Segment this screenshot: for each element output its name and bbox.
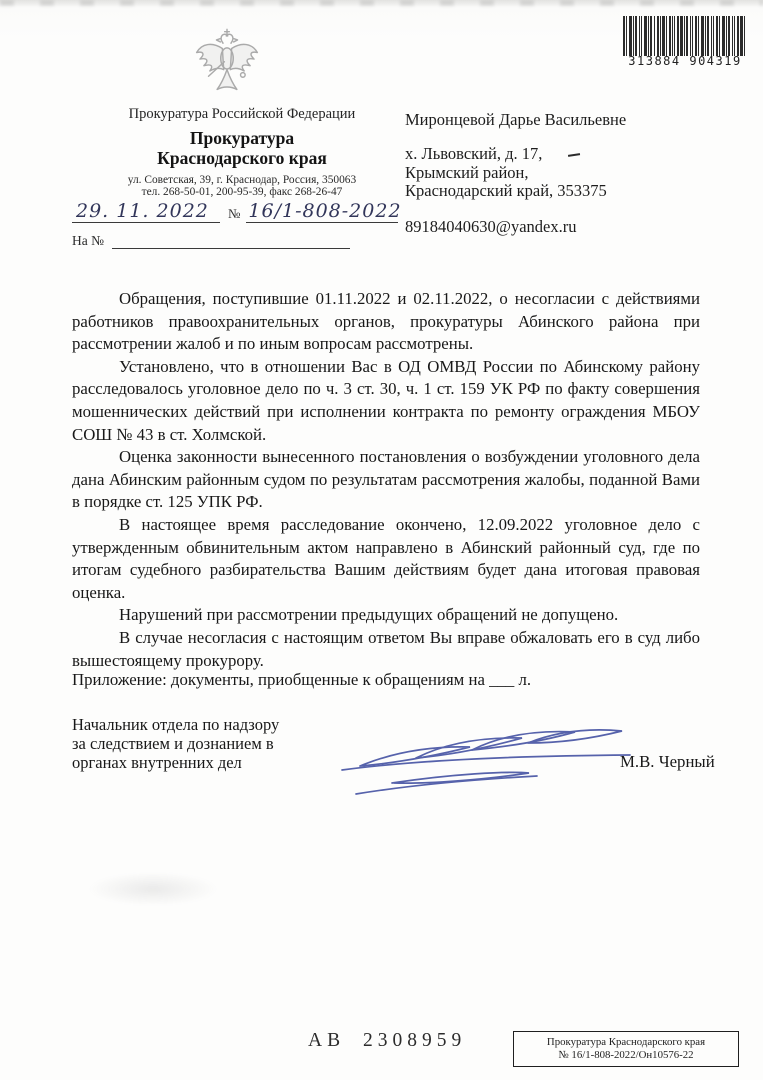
org-name-line2: Краснодарского края [72, 149, 412, 169]
paragraph: В случае несогласия с настоящим ответом … [72, 627, 700, 672]
signer-name: М.В. Черный [620, 752, 715, 772]
handwritten-number: 16/1-808-2022 [248, 200, 401, 222]
reference-row: На № [72, 233, 412, 249]
reference-blank-line [112, 235, 350, 249]
signer-title-line2: за следствием и дознанием в [72, 735, 362, 754]
number-sign-label: № [220, 206, 246, 223]
barcode: 313884 904319 [620, 16, 750, 74]
paragraph: Нарушений при рассмотрении предыдущих об… [72, 604, 700, 627]
paragraph: Обращения, поступившие 01.11.2022 и 02.1… [72, 288, 700, 356]
recipient-address-line3: Краснодарский край, 353375 [405, 182, 750, 201]
recipient-address-line2: Крымский район, [405, 164, 750, 183]
date-field: 29. 11. 2022 [72, 200, 220, 223]
signature-icon [332, 722, 634, 807]
barcode-icon [623, 16, 747, 56]
org-phone: тел. 268-50-01, 200-95-39, факс 268-26-4… [72, 186, 412, 198]
date-number-row: 29. 11. 2022 № 16/1-808-2022 [72, 200, 412, 223]
scan-smudge [88, 872, 218, 906]
attachment-line: Приложение: документы, приобщенные к обр… [72, 670, 700, 690]
org-address: ул. Советская, 39, г. Краснодар, Россия,… [72, 174, 412, 186]
registration-stamp: Прокуратура Краснодарского края № 16/1-8… [513, 1031, 739, 1067]
scan-artifact-top [0, 0, 763, 6]
signer-title-line1: Начальник отдела по надзору [72, 716, 362, 735]
reference-label: На № [72, 233, 104, 249]
handwritten-date: 29. 11. 2022 [76, 200, 209, 222]
strike-mark [568, 153, 580, 156]
org-name-line1: Прокуратура [72, 129, 412, 149]
recipient-address-line1: х. Львовский, д. 17, [405, 145, 750, 164]
form-serial-number: АВ 2308959 [308, 1030, 466, 1052]
recipient-block: Миронцевой Дарье Васильевне х. Львовский… [405, 110, 750, 237]
org-parent: Прокуратура Российской Федерации [72, 106, 412, 123]
paragraph: В настоящее время расследование окончено… [72, 514, 700, 604]
paragraph: Установлено, что в отношении Вас в ОД ОМ… [72, 356, 700, 446]
recipient-email: 89184040630@yandex.ru [405, 217, 750, 237]
coat-of-arms-icon [194, 25, 260, 109]
stamp-number-line: № 16/1-808-2022/Он10576-22 [514, 1049, 738, 1063]
document-page: 313884 904319 Прокуратура Российской Фед… [0, 0, 763, 1080]
signer-title-line3: органах внутренних дел [72, 754, 362, 773]
paragraph: Оценка законности вынесенного постановле… [72, 446, 700, 514]
letterhead: Прокуратура Российской Федерации Прокура… [72, 106, 412, 249]
stamp-org-line: Прокуратура Краснодарского края [514, 1036, 738, 1050]
recipient-name: Миронцевой Дарье Васильевне [405, 110, 750, 130]
outgoing-number-field: 16/1-808-2022 [246, 200, 398, 223]
letter-body: Обращения, поступившие 01.11.2022 и 02.1… [72, 288, 700, 672]
signer-title: Начальник отдела по надзору за следствие… [72, 716, 362, 772]
barcode-number: 313884 904319 [620, 54, 750, 68]
org-name: Прокуратура Краснодарского края [72, 129, 412, 168]
